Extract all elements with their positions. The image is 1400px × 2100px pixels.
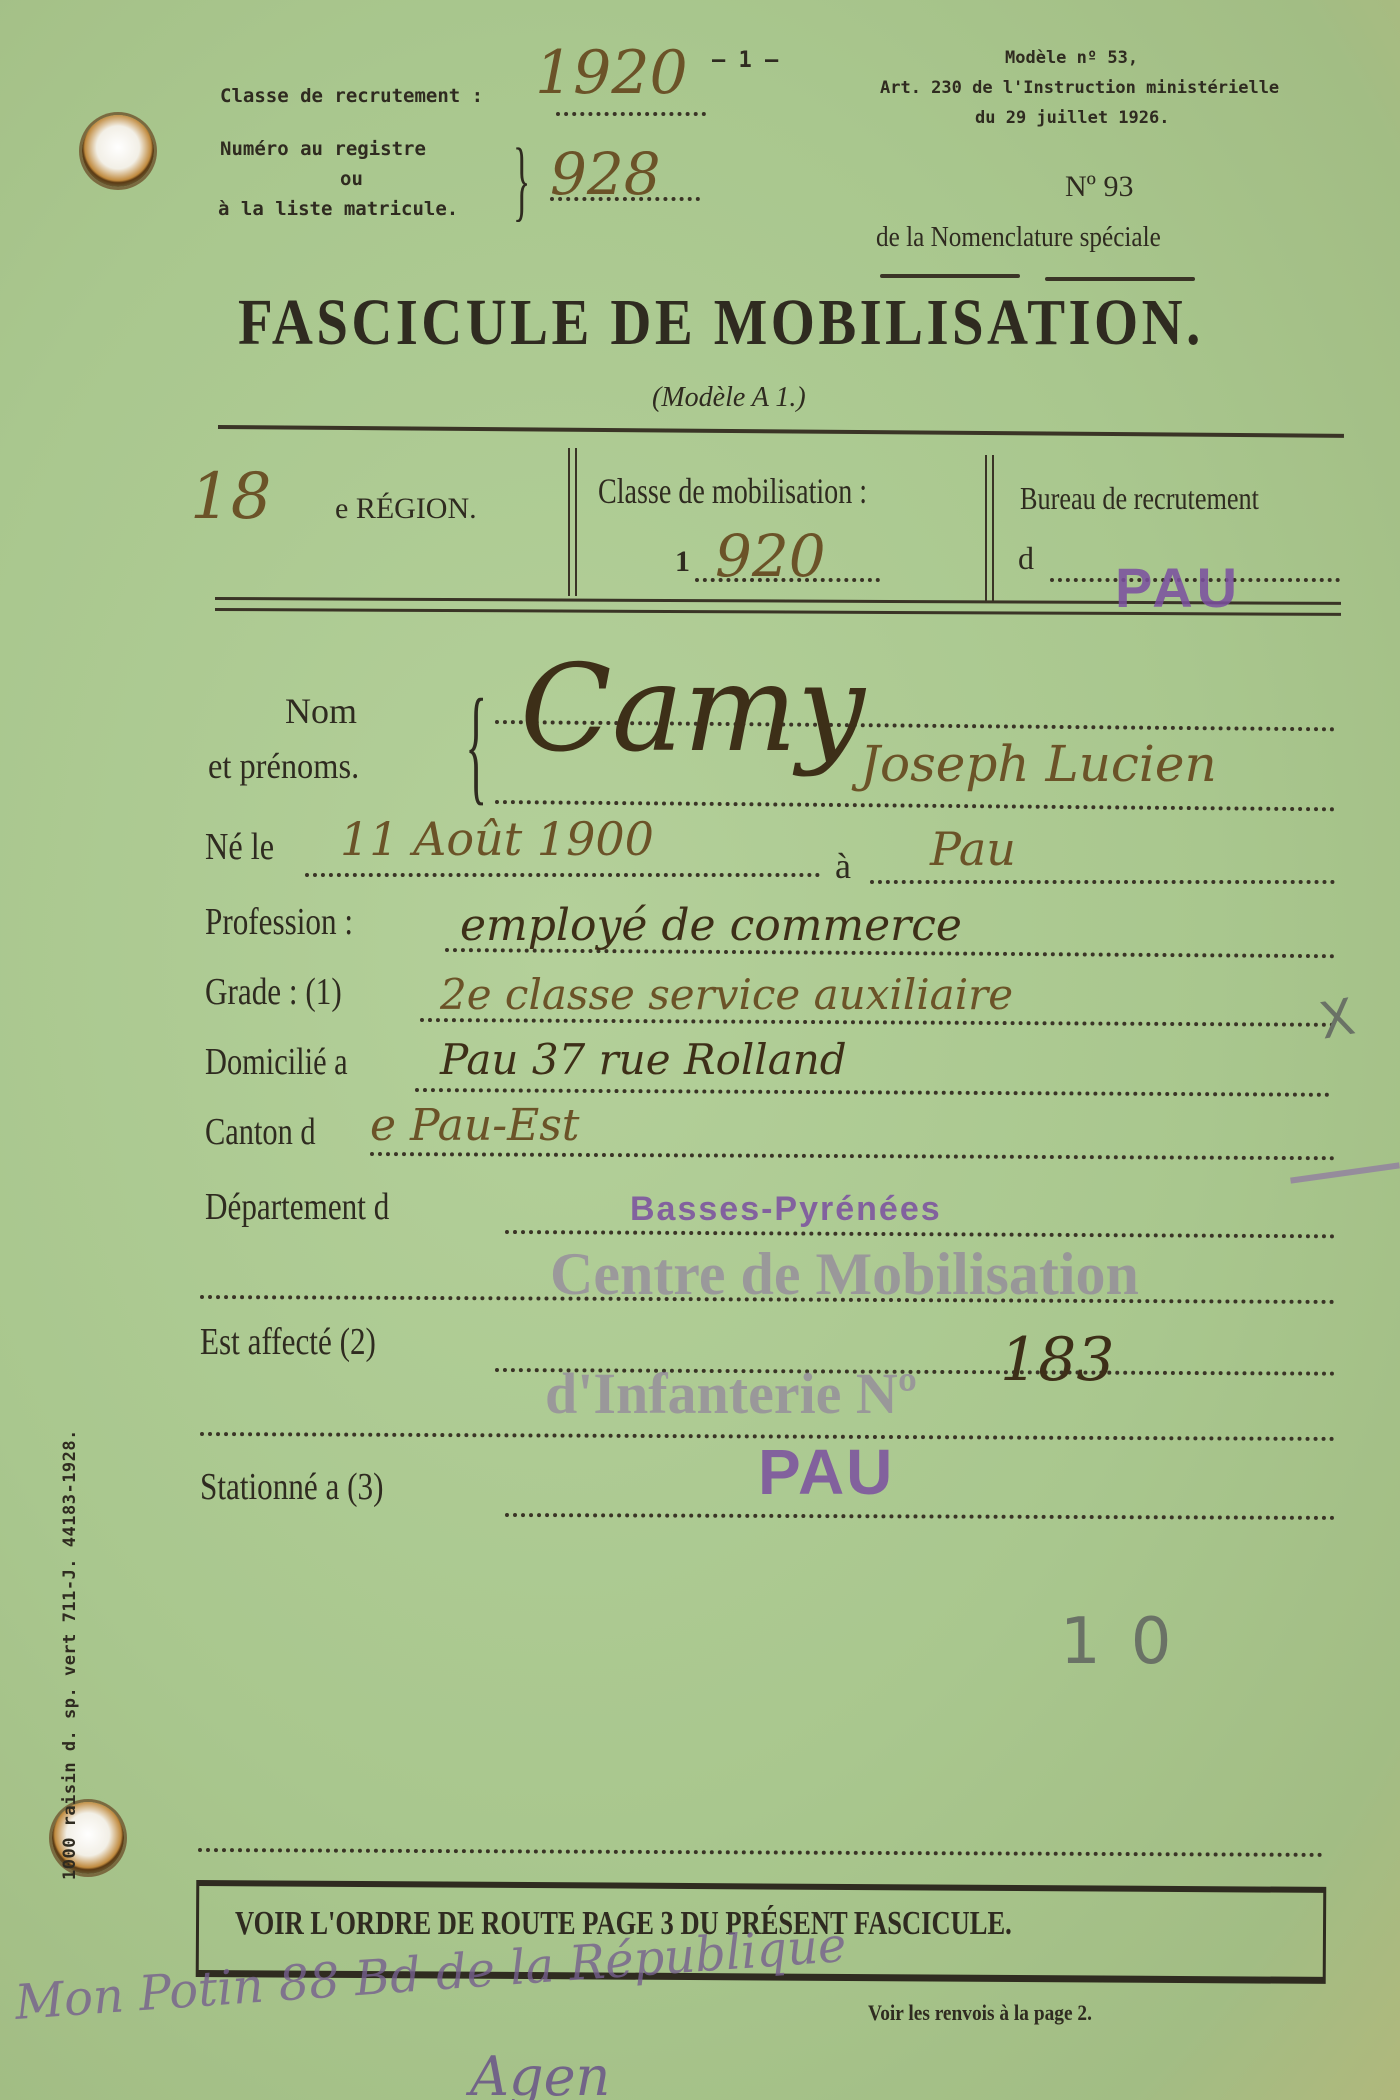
nom-brace: { [465, 680, 487, 810]
stationne-stamp: PAU [758, 1435, 894, 1509]
ne-le-label: Né le [205, 825, 274, 869]
nom-value-surname: Camy [520, 640, 865, 780]
modele-line-2: Art. 230 de l'Instruction ministérielle [880, 78, 1279, 98]
nom-dots-2 [495, 800, 1335, 811]
departement-stamp: Basses-Pyrénées [630, 1190, 942, 1229]
ne-a-label: à [835, 845, 851, 887]
centre-stamp-line-1: Centre de Mobilisation [550, 1240, 1139, 1309]
domicile-value: Pau 37 rue Rolland [440, 1035, 847, 1084]
renvois-note: Voir les renvois à la page 2. [868, 2000, 1092, 2026]
handwritten-address-line-2: Agen [470, 2045, 610, 2100]
modele-line-3: du 29 juillet 1926. [975, 108, 1169, 128]
stationne-dots [505, 1513, 1335, 1520]
modele-line-1: Modèle nº 53, [1005, 48, 1138, 68]
info-divider-1b [575, 448, 577, 596]
registre-label-2: ou [340, 168, 363, 190]
grade-dots [420, 1018, 1335, 1027]
page-title: FASCICULE DE MOBILISATION. [238, 285, 1204, 361]
page-marker: — 1 — [712, 48, 778, 73]
departement-label: Département d [205, 1185, 389, 1229]
page-subtitle: (Modèle A 1.) [652, 382, 806, 414]
affecte-value: 183 [1000, 1325, 1115, 1395]
stationne-label: Stationné a (3) [200, 1465, 383, 1509]
pencil-mark: X [1315, 987, 1359, 1050]
classe-mobilisation-dots [695, 578, 880, 582]
domicile-dots [415, 1088, 1330, 1097]
registre-label-1: Numéro au registre [220, 138, 426, 160]
nom-value-given: Joseph Lucien [860, 735, 1217, 793]
region-value: 18 [190, 460, 271, 534]
affecte-label: Est affecté (2) [200, 1320, 376, 1364]
canton-dots [370, 1152, 1335, 1160]
classe-recrutement-dots [556, 112, 706, 116]
registre-brace: } [513, 136, 530, 226]
stray-violet-stroke [1290, 1162, 1400, 1183]
ne-le-dots [305, 873, 820, 877]
side-print: 1000 raisin d. sp. vert 711-J. 44183-192… [60, 1260, 80, 1880]
nom-label-1: Nom [285, 690, 357, 732]
canton-label: Canton d [205, 1110, 316, 1154]
info-row-top-rule [218, 425, 1344, 438]
info-divider-2b [992, 455, 994, 603]
classe-recrutement-value: 1920 [535, 38, 688, 108]
nom-label-2: et prénoms. [208, 745, 359, 787]
departement-dots [505, 1230, 1335, 1238]
classe-recrutement-label: Classe de recrutement : [220, 85, 483, 107]
ne-a-value: Pau [930, 822, 1016, 876]
bureau-label: Bureau de recrutement [1020, 480, 1259, 517]
nomenclature-underline-right [1045, 277, 1195, 281]
info-divider-2a [985, 455, 987, 603]
binder-eyelet-top [82, 115, 154, 187]
grade-value: 2e classe service auxiliaire [440, 970, 1013, 1019]
registre-label-3: à la liste matricule. [218, 198, 458, 220]
info-divider-1a [568, 448, 570, 596]
nomenclature-underline-left [880, 274, 1020, 278]
ne-le-value: 11 Août 1900 [340, 812, 654, 866]
region-label: e RÉGION. [335, 492, 477, 526]
canton-value: e Pau-Est [370, 1100, 579, 1151]
centre-stamp-line-2: d'Infanterie Nº [545, 1360, 917, 1427]
profession-label: Profession : [205, 900, 353, 944]
ne-a-dots [870, 880, 1335, 884]
registre-dots [550, 197, 700, 201]
nomenclature-number: Nº 93 [1065, 170, 1133, 204]
grade-label: Grade : (1) [205, 970, 342, 1014]
classe-mobilisation-prefix: 1 [675, 545, 690, 579]
nomenclature-label: de la Nomenclature spéciale [876, 222, 1161, 254]
profession-value: employé de commerce [460, 900, 962, 951]
bureau-prefix: d [1018, 540, 1034, 577]
bureau-stamp: PAU [1115, 555, 1241, 620]
footer-dots [198, 1848, 1323, 1857]
domicile-label: Domicilié a [205, 1040, 348, 1084]
pencil-number: 10 [1060, 1605, 1201, 1679]
classe-mobilisation-label: Classe de mobilisation : [598, 470, 867, 512]
